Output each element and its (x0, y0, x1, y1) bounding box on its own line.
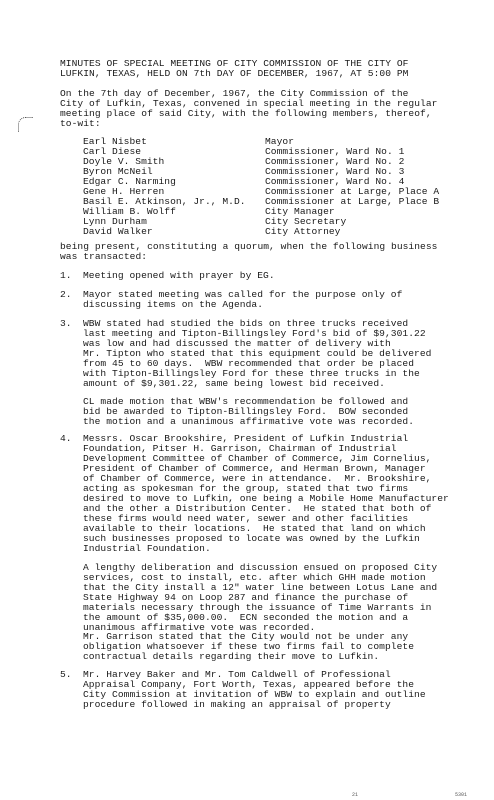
item-number: 1. (60, 271, 72, 281)
intro-line-4: to-wit: (60, 119, 101, 129)
member-title: City Attorney (265, 227, 341, 237)
footer-center-mark: 21 (352, 792, 358, 798)
item-number: 3. (60, 319, 72, 329)
item-4-line: Industrial Foundation. (83, 544, 211, 554)
footer-page-code: 5301 (455, 792, 467, 798)
item-number: 4. (60, 434, 72, 444)
item-1-line: Meeting opened with prayer by EG. (83, 271, 275, 281)
item-2-line: discussing items on the Agenda. (83, 300, 263, 310)
margin-punch-mark (18, 117, 33, 132)
quorum-line-2: was transacted: (60, 252, 147, 262)
item-number: 2. (60, 290, 72, 300)
item-4-garrison-line: contractual details regarding their move… (83, 652, 379, 662)
item-3-motion-line: the motion and a unanimous affirmative v… (83, 417, 414, 427)
item-number: 5. (60, 670, 72, 680)
member-name: David Walker (83, 227, 153, 237)
item-5-line: procedure followed in making an appraisa… (83, 700, 391, 710)
title-line-2: LUFKIN, TEXAS, HELD ON 7th DAY OF DECEMB… (60, 69, 408, 79)
item-3-line: amount of $9,301.22, same being lowest b… (83, 379, 385, 389)
intro-line-3: meeting place of said City, with the fol… (60, 109, 432, 119)
document-page: MINUTES OF SPECIAL MEETING OF CITY COMMI… (0, 0, 494, 800)
